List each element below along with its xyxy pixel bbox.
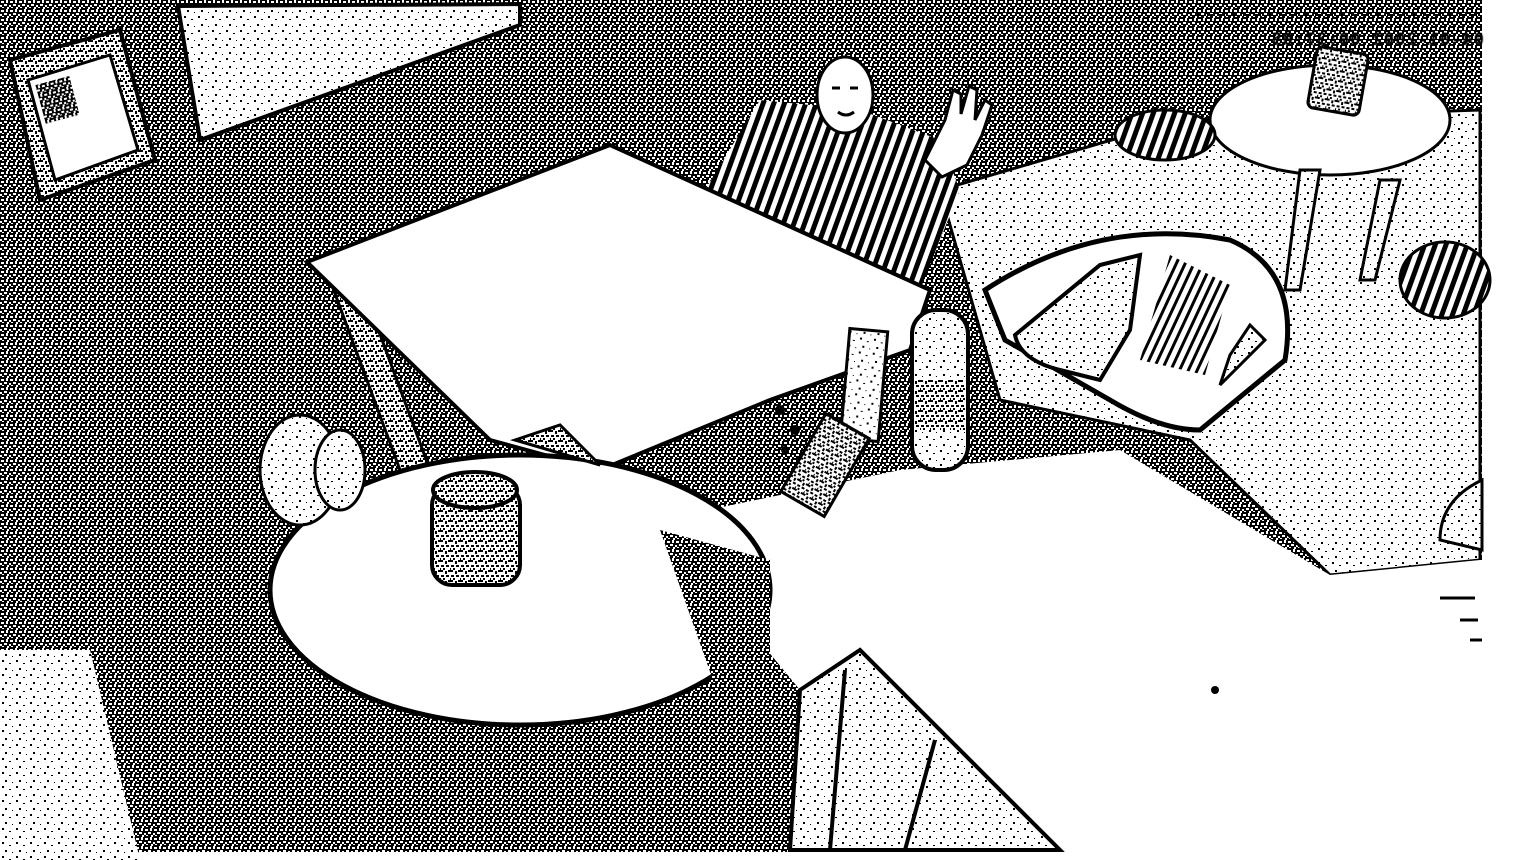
bistro-stool: [1400, 242, 1490, 318]
bistro-object: [1307, 46, 1369, 116]
timestamp-overlay: 04-01-2002 00:37:05: [1212, 30, 1484, 54]
bag-left-2: [315, 430, 365, 510]
camera-scene: [0, 0, 1518, 860]
cup-top: [433, 472, 517, 508]
debris: [790, 425, 800, 435]
bottom-white-margin: [0, 852, 1518, 860]
floor-speck: [1211, 686, 1219, 694]
cup: [432, 472, 520, 585]
debris: [775, 405, 785, 415]
bistro-stool-2: [1115, 110, 1215, 160]
person-head: [817, 57, 873, 133]
right-white-margin: [1482, 0, 1518, 860]
bottle-label: [915, 380, 965, 430]
debris: [781, 446, 789, 454]
